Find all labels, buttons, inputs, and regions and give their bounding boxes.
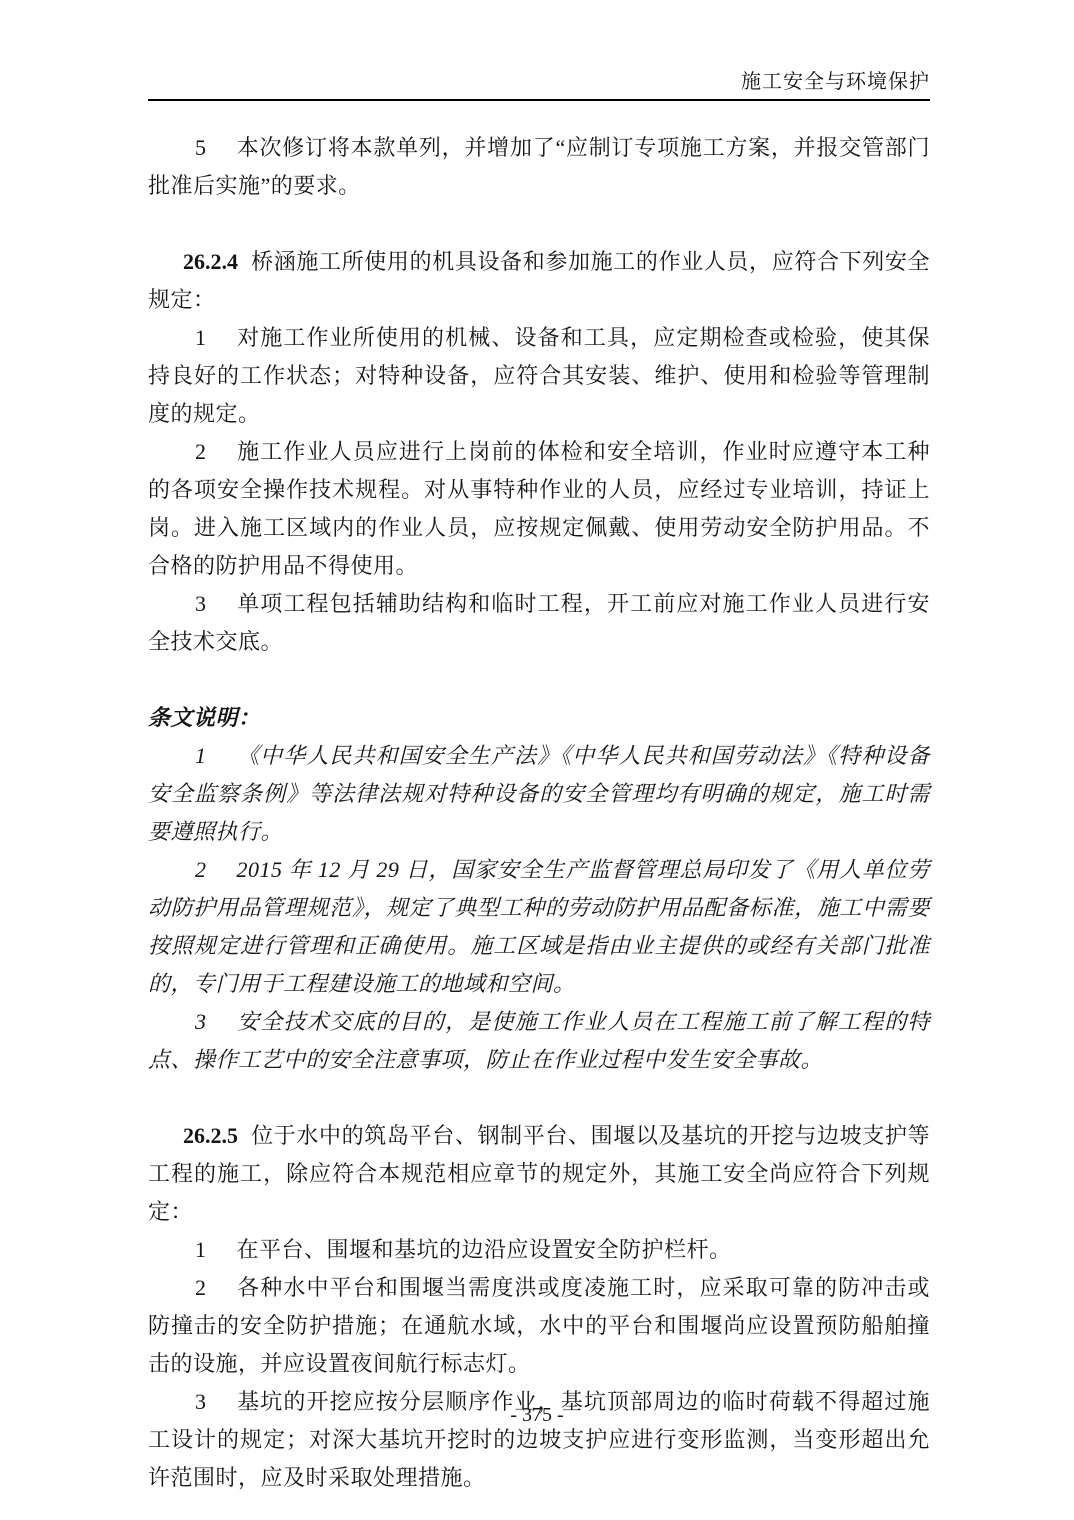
commentary-section: 条文说明： 1《中华人民共和国安全生产法》《中华人民共和国劳动法》《特种设备安全…: [148, 699, 930, 1079]
clause-number: 26.2.4: [183, 249, 238, 274]
clause-26-2-5: 26.2.5位于水中的筑岛平台、钢制平台、围堰以及基坑的开挖与边坡支护等工程的施…: [148, 1117, 930, 1231]
commentary-item-1: 1《中华人民共和国安全生产法》《中华人民共和国劳动法》《特种设备安全监察条例》等…: [148, 737, 930, 851]
blank-line: [148, 205, 930, 243]
clause-26-2-4-item-1: 1对施工作业所使用的机械、设备和工具，应定期检查或检验，使其保持良好的工作状态；…: [148, 319, 930, 433]
page-footer: - 375 -: [0, 1400, 1074, 1430]
item-text: 单项工程包括辅助结构和临时工程，开工前应对施工作业人员进行安全技术交底。: [148, 591, 930, 654]
item-text: 对施工作业所使用的机械、设备和工具，应定期检查或检验，使其保持良好的工作状态；对…: [148, 325, 930, 426]
item-number: 1: [195, 743, 207, 768]
revision-note-paragraph: 5本次修订将本款单列，并增加了“应制订专项施工方案，并报交管部门批准后实施”的要…: [148, 129, 930, 205]
commentary-item-2: 22015 年 12 月 29 日，国家安全生产监督管理总局印发了《用人单位劳动…: [148, 851, 930, 1003]
item-number: 1: [195, 1237, 207, 1262]
clause-26-2-4: 26.2.4桥涵施工所使用的机具设备和参加施工的作业人员，应符合下列安全规定：: [148, 243, 930, 319]
item-number: 2: [195, 857, 207, 882]
item-number: 3: [195, 591, 207, 616]
clause-26-2-4-item-3: 3单项工程包括辅助结构和临时工程，开工前应对施工作业人员进行安全技术交底。: [148, 585, 930, 661]
running-head-title: 施工安全与环境保护: [741, 71, 930, 93]
blank-line: [148, 1079, 930, 1117]
item-text: 施工作业人员应进行上岗前的体检和安全培训，作业时应遵守本工种的各项安全操作技术规…: [148, 439, 930, 578]
paragraph-text: 本次修订将本款单列，并增加了“应制订专项施工方案，并报交管部门批准后实施”的要求…: [148, 135, 930, 198]
document-body: 5本次修订将本款单列，并增加了“应制订专项施工方案，并报交管部门批准后实施”的要…: [148, 129, 930, 1497]
item-text: 在平台、围堰和基坑的边沿应设置安全防护栏杆。: [237, 1237, 732, 1262]
item-number: 2: [195, 439, 207, 464]
item-text: 各种水中平台和围堰当需度洪或度凌施工时，应采取可靠的防冲击或防撞击的安全防护措施…: [148, 1275, 930, 1376]
page-number: - 375 -: [510, 1404, 563, 1426]
item-number: 3: [195, 1009, 207, 1034]
item-number: 2: [195, 1275, 207, 1300]
commentary-label: 条文说明：: [148, 699, 930, 737]
clause-26-2-4-item-2: 2施工作业人员应进行上岗前的体检和安全培训，作业时应遵守本工种的各项安全操作技术…: [148, 433, 930, 585]
blank-line: [148, 661, 930, 699]
commentary-item-3: 3安全技术交底的目的，是使施工作业人员在工程施工前了解工程的特点、操作工艺中的安…: [148, 1003, 930, 1079]
item-number: 5: [195, 135, 207, 160]
clause-number: 26.2.5: [183, 1123, 238, 1148]
item-number: 1: [195, 325, 207, 350]
page-header: 施工安全与环境保护: [148, 70, 930, 101]
clause-26-2-5-item-2: 2各种水中平台和围堰当需度洪或度凌施工时，应采取可靠的防冲击或防撞击的安全防护措…: [148, 1269, 930, 1383]
clause-text: 位于水中的筑岛平台、钢制平台、围堰以及基坑的开挖与边坡支护等工程的施工，除应符合…: [148, 1123, 930, 1224]
clause-26-2-5-item-1: 1在平台、围堰和基坑的边沿应设置安全防护栏杆。: [148, 1231, 930, 1269]
clause-text: 桥涵施工所使用的机具设备和参加施工的作业人员，应符合下列安全规定：: [148, 249, 930, 312]
item-text: 安全技术交底的目的，是使施工作业人员在工程施工前了解工程的特点、操作工艺中的安全…: [148, 1009, 930, 1072]
item-text: 2015 年 12 月 29 日，国家安全生产监督管理总局印发了《用人单位劳动防…: [148, 857, 930, 996]
item-text: 《中华人民共和国安全生产法》《中华人民共和国劳动法》《特种设备安全监察条例》等法…: [148, 743, 930, 844]
